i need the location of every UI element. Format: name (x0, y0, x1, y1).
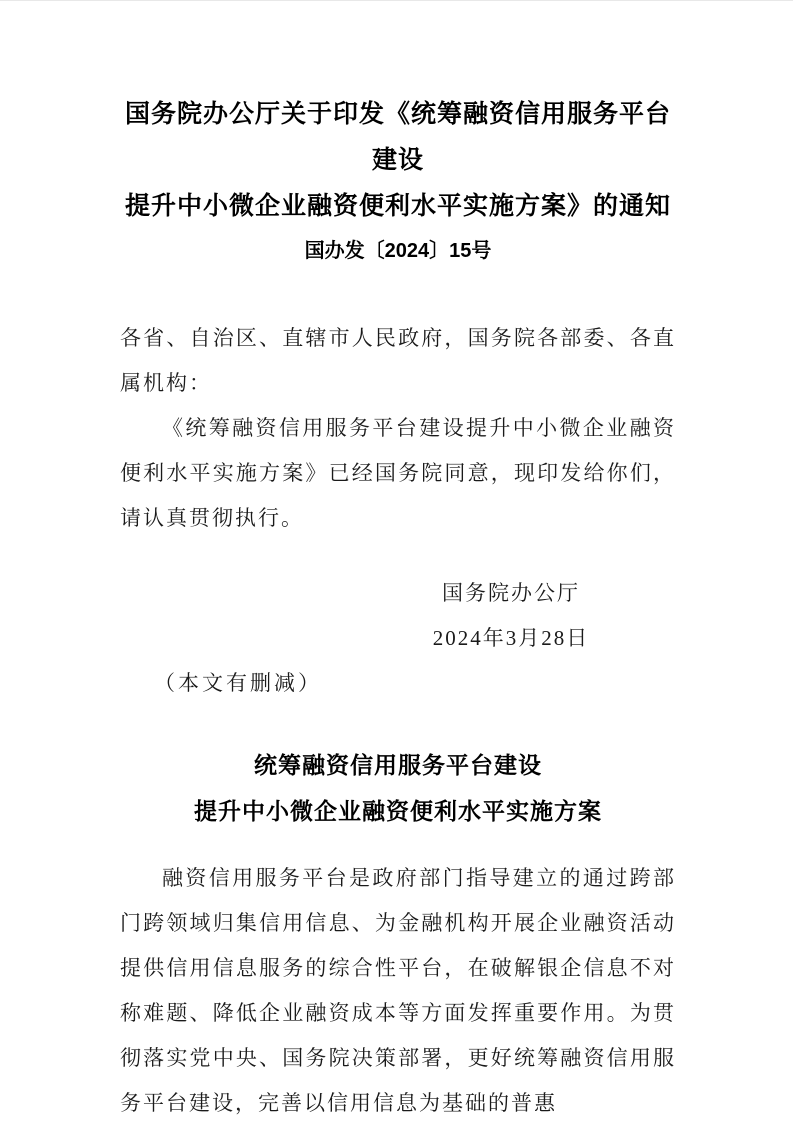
notice-body-paragraph: 《统筹融资信用服务平台建设提升中小微企业融资便利水平实施方案》已经国务院同意，现… (120, 406, 676, 541)
plan-title-line1: 统筹融资信用服务平台建设 (120, 742, 676, 788)
redaction-note: （本文有删减） (154, 661, 676, 706)
notice-title: 国务院办公厅关于印发《统筹融资信用服务平台建设 提升中小微企业融资便利水平实施方… (120, 91, 676, 229)
notice-title-line2: 提升中小微企业融资便利水平实施方案》的通知 (120, 183, 676, 229)
salutation: 各省、自治区、直辖市人民政府，国务院各部委、各直属机构： (120, 316, 676, 406)
plan-intro-paragraph: 融资信用服务平台是政府部门指导建立的通过跨部门跨领域归集信用信息、为金融机构开展… (120, 856, 676, 1122)
plan-title-line2: 提升中小微企业融资便利水平实施方案 (120, 788, 676, 834)
signer-name: 国务院办公厅 (346, 571, 676, 616)
plan-title: 统筹融资信用服务平台建设 提升中小微企业融资便利水平实施方案 (120, 742, 676, 834)
document-number: 国办发〔2024〕15号 (120, 234, 676, 268)
notice-title-line1: 国务院办公厅关于印发《统筹融资信用服务平台建设 (120, 91, 676, 183)
document-page: 国务院办公厅关于印发《统筹融资信用服务平台建设 提升中小微企业融资便利水平实施方… (0, 0, 793, 1122)
signature-block: 国务院办公厅 2024年3月28日 (346, 571, 676, 661)
sign-date: 2024年3月28日 (346, 616, 676, 661)
